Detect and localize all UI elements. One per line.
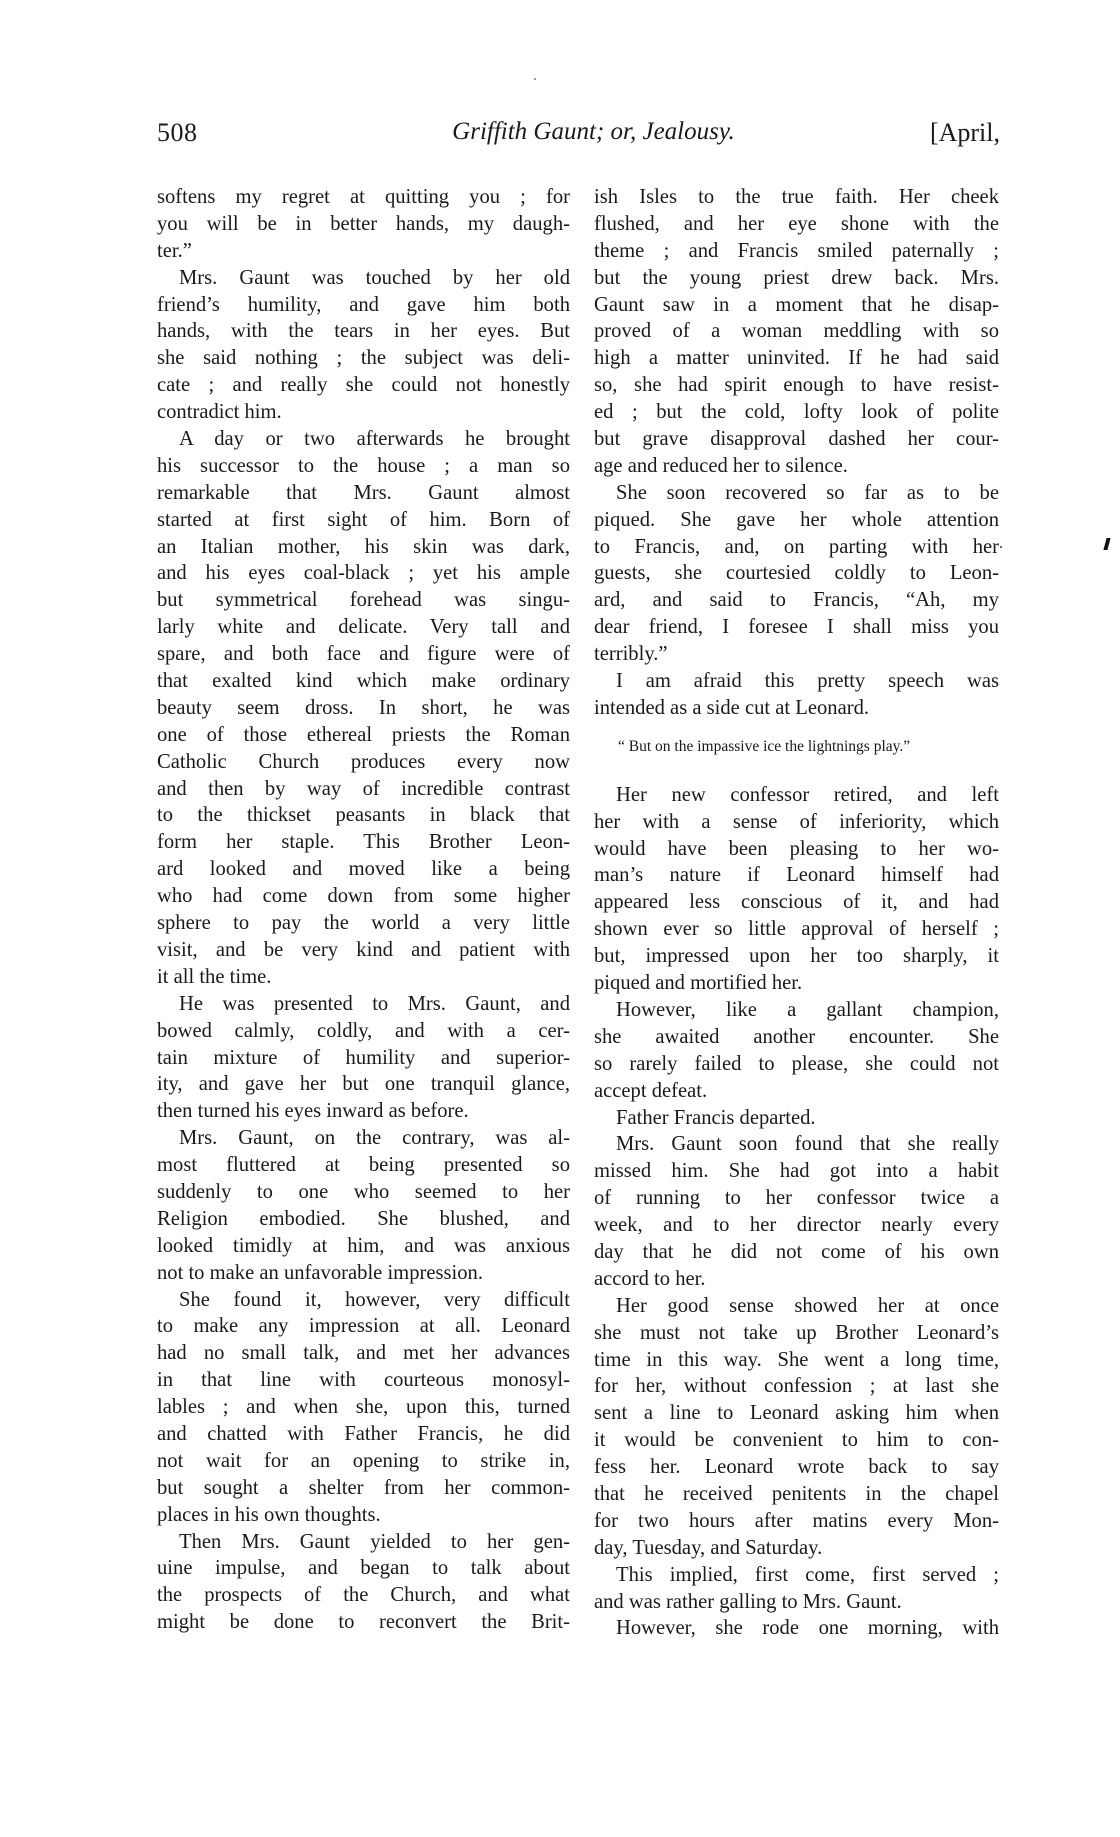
- text-line: to make any impression at all. Leonard: [157, 1313, 570, 1340]
- text-line: spare, and both face and figure were of: [157, 641, 570, 668]
- text-line: ter.”: [157, 238, 570, 265]
- right-column: ish Isles to the true faith. Her cheekfl…: [594, 184, 999, 1642]
- text-line: it would be convenient to him to con-: [594, 1427, 999, 1454]
- text-line: fess her. Leonard wrote back to say: [594, 1454, 999, 1481]
- text-line: guests, she courtesied coldly to Leon-: [594, 560, 999, 587]
- text-line: in that line with courteous monosyl-: [157, 1367, 570, 1394]
- text-line: She soon recovered so far as to be: [594, 480, 999, 507]
- text-line: terribly.”: [594, 641, 999, 668]
- running-head: 508 Griffith Gaunt; or, Jealousy. [April…: [157, 118, 1000, 158]
- text-line: This implied, first come, first served ;: [594, 1562, 999, 1589]
- text-line: so, she had spirit enough to have resist…: [594, 372, 999, 399]
- text-line: she awaited another encounter. She: [594, 1024, 999, 1051]
- text-line: visit, and be very kind and patient with: [157, 937, 570, 964]
- margin-dot-mark: [534, 78, 536, 80]
- text-line: shown ever so little approval of herself…: [594, 916, 999, 943]
- text-line: A day or two afterwards he brought: [157, 426, 570, 453]
- text-line: had no small talk, and met her advances: [157, 1340, 570, 1367]
- text-line: and then by way of incredible contrast: [157, 776, 570, 803]
- running-month: [April,: [930, 118, 1000, 148]
- text-line: uine impulse, and began to talk about: [157, 1555, 570, 1582]
- text-line: and was rather galling to Mrs. Gaunt.: [594, 1589, 999, 1616]
- text-line: sent a line to Leonard asking him when: [594, 1400, 999, 1427]
- text-line: piqued and mortified her.: [594, 970, 999, 997]
- text-line: larly white and delicate. Very tall and: [157, 614, 570, 641]
- text-line: ed ; but the cold, lofty look of polite: [594, 399, 999, 426]
- text-line: high a matter uninvited. If he had said: [594, 345, 999, 372]
- text-line: age and reduced her to silence.: [594, 453, 999, 480]
- text-line: his successor to the house ; a man so: [157, 453, 570, 480]
- epigraph-quote: “ But on the impassive ice the lightning…: [594, 732, 999, 776]
- text-line: for her, without confession ; at last sh…: [594, 1373, 999, 1400]
- text-line: that exalted kind which make ordinary: [157, 668, 570, 695]
- text-line: He was presented to Mrs. Gaunt, and: [157, 991, 570, 1018]
- text-line: to the thickset peasants in black that: [157, 802, 570, 829]
- text-line: bowed calmly, coldly, and with a cer-: [157, 1018, 570, 1045]
- text-line: but the young priest drew back. Mrs.: [594, 265, 999, 292]
- text-line: form her staple. This Brother Leon-: [157, 829, 570, 856]
- text-line: one of those ethereal priests the Roman: [157, 722, 570, 749]
- text-line: of running to her confessor twice a: [594, 1185, 999, 1212]
- text-line: most fluttered at being presented so: [157, 1152, 570, 1179]
- text-line: who had come down from some higher: [157, 883, 570, 910]
- text-line: hands, with the tears in her eyes. But: [157, 318, 570, 345]
- text-line: contradict him.: [157, 399, 570, 426]
- text-line: an Italian mother, his skin was dark,: [157, 534, 570, 561]
- text-line: and his eyes coal-black ; yet his ample: [157, 560, 570, 587]
- text-line: Catholic Church produces every now: [157, 749, 570, 776]
- text-line: accord to her.: [594, 1266, 999, 1293]
- text-line: Mrs. Gaunt, on the contrary, was al-: [157, 1125, 570, 1152]
- text-line: suddenly to one who seemed to her: [157, 1179, 570, 1206]
- text-line: I am afraid this pretty speech was: [594, 668, 999, 695]
- text-line: then turned his eyes inward as before.: [157, 1098, 570, 1125]
- text-line: ard looked and moved like a being: [157, 856, 570, 883]
- text-line: not wait for an opening to strike in,: [157, 1448, 570, 1475]
- text-line: She found it, however, very difficult: [157, 1287, 570, 1314]
- text-line: day, Tuesday, and Saturday.: [594, 1535, 999, 1562]
- text-line: day that he did not come of his own: [594, 1239, 999, 1266]
- text-line: to Francis, and, on parting with her: [594, 534, 999, 561]
- text-line: piqued. She gave her whole attention: [594, 507, 999, 534]
- text-line: ity, and gave her but one tranquil glanc…: [157, 1071, 570, 1098]
- text-line: sphere to pay the world a very little: [157, 910, 570, 937]
- text-line: her with a sense of inferiority, which: [594, 809, 999, 836]
- right-column-top: ish Isles to the true faith. Her cheekfl…: [594, 184, 999, 722]
- text-line: that he received penitents in the chapel: [594, 1481, 999, 1508]
- text-line: Her good sense showed her at once: [594, 1293, 999, 1320]
- text-line: However, like a gallant champion,: [594, 997, 999, 1024]
- text-line: Mrs. Gaunt soon found that she really: [594, 1131, 999, 1158]
- text-line: softens my regret at quitting you ; for: [157, 184, 570, 211]
- text-line: you will be in better hands, my daugh-: [157, 211, 570, 238]
- text-line: appeared less conscious of it, and had: [594, 889, 999, 916]
- text-line: accept defeat.: [594, 1078, 999, 1105]
- margin-ink-mark: [1103, 538, 1110, 550]
- text-line: but, impressed upon her too sharply, it: [594, 943, 999, 970]
- text-line: so rarely failed to please, she could no…: [594, 1051, 999, 1078]
- left-column: softens my regret at quitting you ; fory…: [157, 184, 570, 1636]
- text-line: but symmetrical forehead was singu-: [157, 587, 570, 614]
- text-line: Mrs. Gaunt was touched by her old: [157, 265, 570, 292]
- text-line: missed him. She had got into a habit: [594, 1158, 999, 1185]
- text-line: proved of a woman meddling with so: [594, 318, 999, 345]
- text-line: she said nothing ; the subject was deli-: [157, 345, 570, 372]
- text-line: Religion embodied. She blushed, and: [157, 1206, 570, 1233]
- text-line: but sought a shelter from her common-: [157, 1475, 570, 1502]
- text-line: lables ; and when she, upon this, turned: [157, 1394, 570, 1421]
- text-line: started at first sight of him. Born of: [157, 507, 570, 534]
- text-line: remarkable that Mrs. Gaunt almost: [157, 480, 570, 507]
- text-line: cate ; and really she could not honestly: [157, 372, 570, 399]
- text-line: man’s nature if Leonard himself had: [594, 862, 999, 889]
- text-line: time in this way. She went a long time,: [594, 1347, 999, 1374]
- text-line: places in his own thoughts.: [157, 1502, 570, 1529]
- text-line: Her new confessor retired, and left: [594, 782, 999, 809]
- text-line: ard, and said to Francis, “Ah, my: [594, 587, 999, 614]
- text-line: the prospects of the Church, and what: [157, 1582, 570, 1609]
- text-line: not to make an unfavorable impression.: [157, 1260, 570, 1287]
- text-line: would have been pleasing to her wo-: [594, 836, 999, 863]
- text-line: dear friend, I foresee I shall miss you: [594, 614, 999, 641]
- text-line: looked timidly at him, and was anxious: [157, 1233, 570, 1260]
- text-line: Gaunt saw in a moment that he disap-: [594, 292, 999, 319]
- text-line: ish Isles to the true faith. Her cheek: [594, 184, 999, 211]
- running-title: Griffith Gaunt; or, Jealousy.: [157, 118, 1000, 146]
- text-line: friend’s humility, and gave him both: [157, 292, 570, 319]
- text-line: might be done to reconvert the Brit-: [157, 1609, 570, 1636]
- text-line: it all the time.: [157, 964, 570, 991]
- text-line: Father Francis departed.: [594, 1105, 999, 1132]
- text-line: beauty seem dross. In short, he was: [157, 695, 570, 722]
- text-line: However, she rode one morning, with: [594, 1615, 999, 1642]
- text-line: intended as a side cut at Leonard.: [594, 695, 999, 722]
- text-line: tain mixture of humility and superior-: [157, 1045, 570, 1072]
- text-line: she must not take up Brother Leonard’s: [594, 1320, 999, 1347]
- right-column-bottom: Her new confessor retired, and lefther w…: [594, 782, 999, 1643]
- text-line: theme ; and Francis smiled paternally ;: [594, 238, 999, 265]
- text-line: for two hours after matins every Mon-: [594, 1508, 999, 1535]
- text-line: Then Mrs. Gaunt yielded to her gen-: [157, 1529, 570, 1556]
- text-line: and chatted with Father Francis, he did: [157, 1421, 570, 1448]
- margin-dot-mark: [1000, 546, 1002, 548]
- text-line: flushed, and her eye shone with the: [594, 211, 999, 238]
- text-line: week, and to her director nearly every: [594, 1212, 999, 1239]
- text-line: but grave disapproval dashed her cour-: [594, 426, 999, 453]
